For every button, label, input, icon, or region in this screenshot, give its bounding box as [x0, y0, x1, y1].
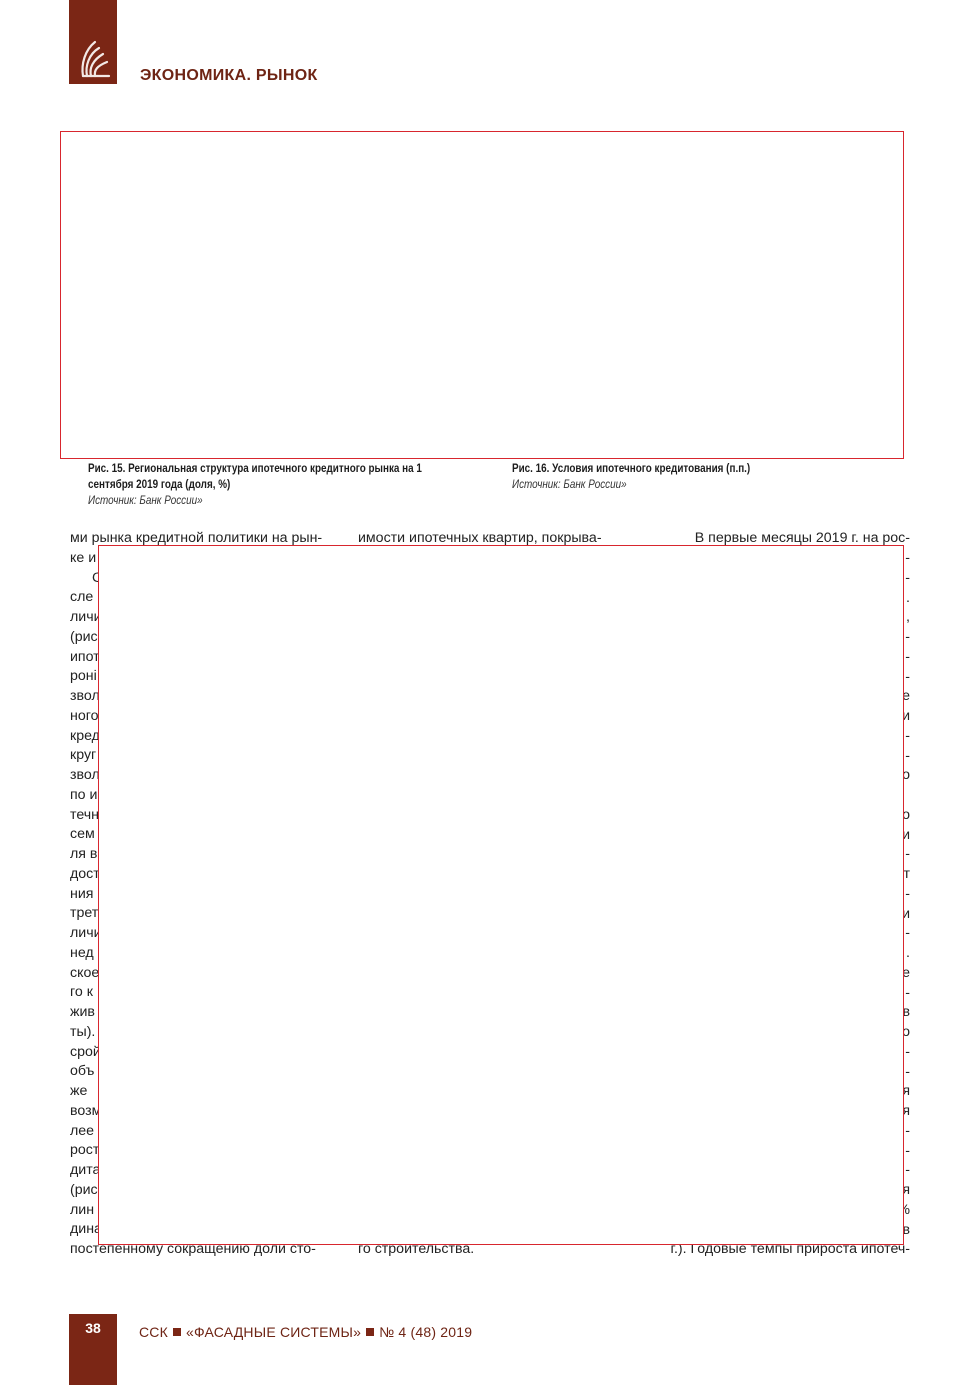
section-title: ЭКОНОМИКА. РЫНОК: [140, 67, 318, 85]
figure-15-source: Источник: Банк России»: [88, 493, 449, 509]
brand-logo-bar: [69, 0, 117, 84]
figure-overlay-image-area: [98, 545, 904, 1245]
figure-15-title-line1: Рис. 15. Региональная структура ипотечно…: [88, 461, 449, 477]
page-number-tab: 38: [69, 1314, 117, 1385]
footer-prefix: ССК: [139, 1324, 168, 1340]
page-number: 38: [69, 1320, 117, 1336]
footer-publication: ССК«ФАСАДНЫЕ СИСТЕМЫ»№ 4 (48) 2019: [139, 1324, 472, 1340]
figure-16-caption: Рис. 16. Условия ипотечного кредитования…: [512, 461, 912, 493]
footer-publication-name: «ФАСАДНЫЕ СИСТЕМЫ»: [186, 1324, 361, 1340]
footer-issue: № 4 (48) 2019: [379, 1324, 472, 1340]
figure-16-source: Источник: Банк России»: [512, 477, 856, 493]
square-bullet-icon: [366, 1328, 374, 1336]
figure-15-16-image-area: [60, 131, 904, 459]
figure-15-title-line2: сентября 2019 года (доля, %): [88, 477, 449, 493]
figure-16-title: Рис. 16. Условия ипотечного кредитования…: [512, 461, 856, 477]
figure-15-caption: Рис. 15. Региональная структура ипотечно…: [88, 461, 508, 509]
feather-logo-icon: [77, 36, 111, 80]
square-bullet-icon: [173, 1328, 181, 1336]
